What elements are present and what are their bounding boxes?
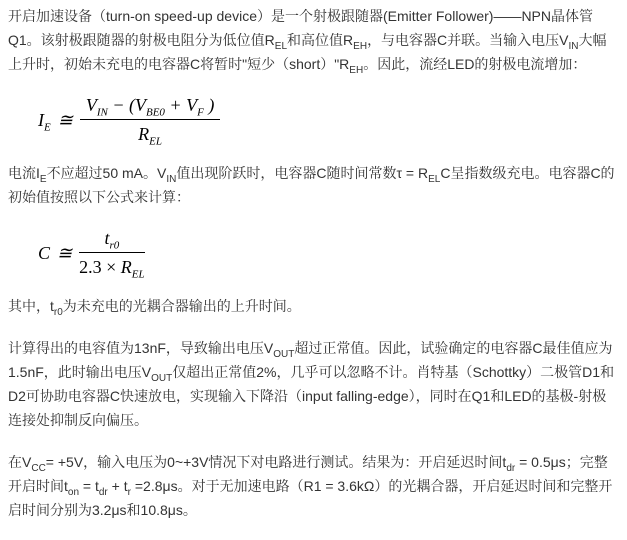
formula-lhs: IE [38,109,51,131]
subscript: CC [31,463,45,474]
subscript: EL [149,136,162,148]
text-segment: 计算得出的电容值为13nF，导致输出电压V [8,340,273,356]
text-segment: = +5V，输入电压为0~+3V情况下对电路进行测试。结果为：开启延迟时间t [46,454,507,470]
paragraph-test-results: 在VCC= +5V，输入电压为0~+3V情况下对电路进行测试。结果为：开启延迟时… [8,450,619,522]
text-segment: + t [108,478,128,494]
paragraph-intro: 开启加速设备（turn-on speed-up device）是一个射极跟随器(… [8,4,619,76]
subscript: BE0 [146,107,165,119]
subscript: IN [569,41,579,52]
text-segment: 2.3 × [79,257,121,277]
subscript: F [197,107,204,119]
text-segment: R [121,257,132,277]
text-segment: + [165,95,186,115]
text-segment: R [138,124,149,144]
text-segment: ，与电容器C并联。当输入电压V [367,32,568,48]
emitter-current-formula: IE≅VIN − (VBE0 + VF )REL [38,94,619,145]
text-segment: 为未充电的光耦合器输出的上升时间。 [63,298,301,314]
text-segment: 。因此，流经LED的射极电流增加： [363,56,586,72]
text-segment: 值出现阶跃时，电容器C随时间常数τ = R [176,165,428,181]
fraction: tr02.3 × REL [79,227,145,278]
text-segment: V [186,95,197,115]
approx-equal-symbol: ≅ [57,242,72,264]
paragraph-rise-time: 其中，tr0为未充电的光耦合器输出的上升时间。 [8,294,619,318]
subscript: IN [166,174,176,185]
fraction-numerator: tr0 [79,227,145,253]
subscript: r0 [109,240,119,252]
paragraph-charging: 电流IE不应超过50 mA。VIN值出现阶跃时，电容器C随时间常数τ = REL… [8,161,619,209]
paragraph-capacitor-choice: 计算得出的电容值为13nF，导致输出电压VOUT超过正常值。因此，试验确定的电容… [8,336,619,432]
fraction-denominator: REL [80,120,220,145]
text-segment: 其中，t [8,298,54,314]
fraction: VIN − (VBE0 + VF )REL [80,94,220,145]
text-segment: 不应超过50 mA。V [47,165,167,181]
text-segment: 在V [8,454,31,470]
text-segment: = t [79,478,99,494]
formula-lhs: C [38,242,50,264]
text-segment: − ( [108,95,135,115]
subscript: E [40,174,47,185]
capacitance-formula: C≅tr02.3 × REL [38,227,619,278]
subscript: E [44,121,51,133]
article: 开启加速设备（turn-on speed-up device）是一个射极跟随器(… [0,0,627,522]
text-segment: 和高位值R [287,32,353,48]
text-segment: V [86,95,97,115]
subscript: EL [428,174,440,185]
text-segment: ) [204,95,215,115]
text-segment: 电流I [8,165,40,181]
subscript: OUT [151,373,172,384]
text-segment: V [135,95,146,115]
subscript: IN [97,107,108,119]
subscript: EL [132,269,145,281]
subscript: EH [349,65,363,76]
text-segment: C [38,243,50,263]
fraction-denominator: 2.3 × REL [79,253,145,278]
subscript: OUT [273,349,294,360]
fraction-numerator: VIN − (VBE0 + VF ) [80,94,220,120]
subscript: on [68,487,79,498]
subscript: dr [506,463,515,474]
subscript: r0 [54,307,63,318]
approx-equal-symbol: ≅ [58,109,73,131]
subscript: dr [99,487,108,498]
subscript: EH [353,41,367,52]
subscript: EL [275,41,287,52]
